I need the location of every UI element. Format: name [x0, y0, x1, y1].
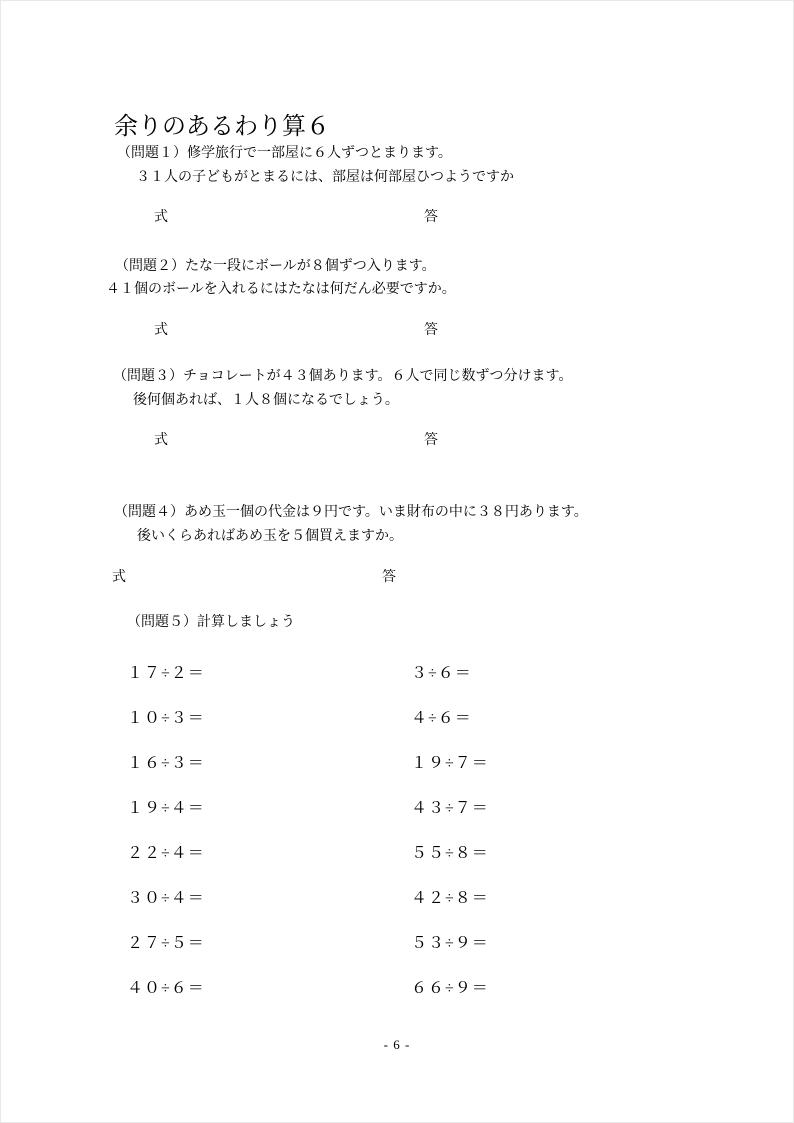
problem-3-line-1: （問題３）チョコレートが４３個あります。６人で同じ数ずつ分けます。 [113, 365, 572, 385]
problem-4-answer-label: 答 [382, 566, 396, 586]
problem-3-expression-label: 式 [154, 429, 168, 449]
calc-item-left-1: １７÷２＝ [127, 660, 205, 683]
problem-4-expression-label: 式 [112, 566, 126, 586]
problem-2-line-2: ４１個のボールを入れるにはたなは何だん必要ですか。 [106, 278, 456, 298]
calc-item-left-8: ４０÷６＝ [127, 975, 205, 998]
problem-3-answer-label: 答 [424, 429, 438, 449]
calc-item-right-6: ４２÷８＝ [411, 885, 489, 908]
problem-1-line-1: （問題１）修学旅行で一部屋に６人ずつとまります。 [117, 142, 452, 162]
problem-2-expression-label: 式 [154, 319, 168, 339]
calc-item-right-4: ４３÷７＝ [411, 795, 489, 818]
problem-4-line-1: （問題４）あめ玉一個の代金は９円です。いま財布の中に３８円あります。 [114, 501, 588, 521]
calc-item-right-8: ６６÷９＝ [411, 975, 489, 998]
calc-item-left-5: ２２÷４＝ [127, 840, 205, 863]
problem-2-line-1: （問題２）たな一段にボールが８個ずつ入ります。 [115, 255, 436, 275]
problem-3-line-2: 後何個あれば、１人８個になるでしょう。 [133, 389, 399, 409]
problem-1-line-2: ３１人の子どもがとまるには、部屋は何部屋ひつようですか [136, 166, 514, 186]
calc-item-right-3: １９÷７＝ [411, 750, 489, 773]
calc-item-left-3: １６÷３＝ [127, 750, 205, 773]
problem-5-heading: （問題５）計算しましょう [127, 611, 295, 631]
calc-item-right-7: ５３÷９＝ [411, 930, 489, 953]
calc-item-right-5: ５５÷８＝ [411, 840, 489, 863]
problem-1-answer-label: 答 [424, 206, 438, 226]
problem-1-expression-label: 式 [154, 206, 168, 226]
calc-item-left-2: １０÷３＝ [127, 705, 205, 728]
calc-item-right-1: ３÷６＝ [411, 660, 472, 683]
page-number: - 6 - [1, 1037, 793, 1053]
worksheet-title: 余りのあるわり算６ [114, 106, 330, 141]
problem-2-answer-label: 答 [424, 319, 438, 339]
calc-item-right-2: ４÷６＝ [411, 705, 472, 728]
problem-4-line-2: 後いくらあればあめ玉を５個買えますか。 [137, 525, 403, 545]
worksheet-page: 余りのあるわり算６ （問題１）修学旅行で一部屋に６人ずつとまります。 ３１人の子… [0, 0, 794, 1123]
calc-item-left-6: ３０÷４＝ [127, 885, 205, 908]
calc-item-left-4: １９÷４＝ [127, 795, 205, 818]
calc-item-left-7: ２７÷５＝ [127, 930, 205, 953]
